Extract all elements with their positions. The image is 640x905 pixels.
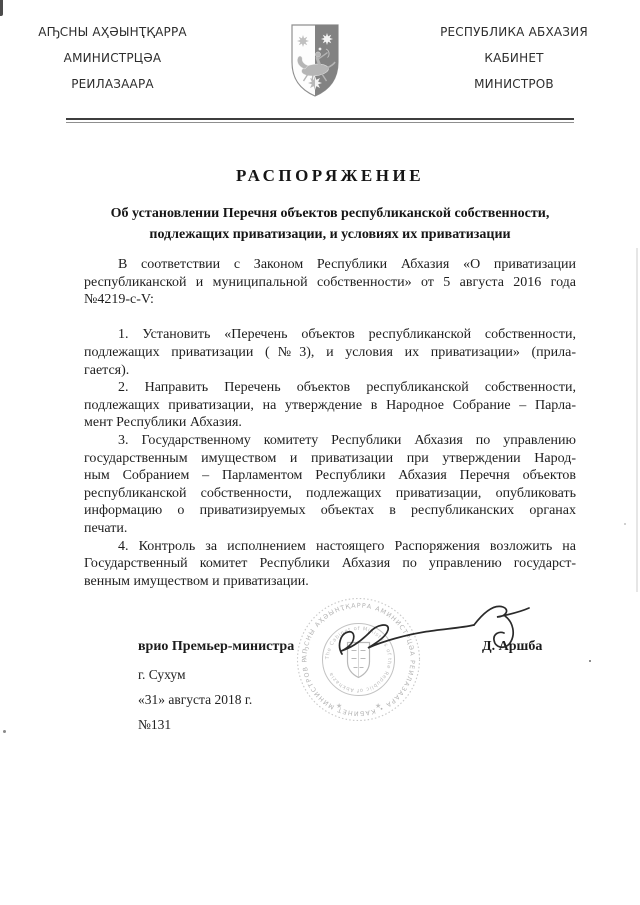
footer-number: №131 <box>138 712 252 737</box>
coat-of-arms-icon <box>289 22 341 98</box>
document-title: РАСПОРЯЖЕНИЕ <box>84 166 576 186</box>
scan-speck <box>624 523 626 525</box>
document-body: В соответствии с Законом Республики Абха… <box>84 256 576 590</box>
document-footer: г. Сухум «31» августа 2018 г. №131 <box>138 662 252 737</box>
item-2-paragraph: 2. Направить Перечень объектов республик… <box>84 379 576 432</box>
body-line: печати. <box>84 520 576 538</box>
document-page: АҦСНЫ АҲӘЫНҬҚАРРА АМИНИСТРЦӘА РЕИЛАЗААРА <box>0 0 640 905</box>
subtitle-line: Об установлении Перечня объектов республ… <box>74 204 586 225</box>
header-right-line: МИНИСТРОВ <box>428 71 600 97</box>
body-line: 4. Контроль за исполнением настоящего Ра… <box>84 538 576 556</box>
intro-paragraph: В соответствии с Законом Республики Абха… <box>84 256 576 309</box>
body-line: мент Республики Абхазия. <box>84 414 576 432</box>
scan-speck <box>3 730 6 733</box>
header-left-line: РЕИЛАЗААРА <box>30 71 195 97</box>
scan-artifact-corner <box>0 0 3 16</box>
body-line: 1. Установить «Перечень объектов республ… <box>84 326 576 344</box>
scan-artifact-edge-line <box>636 248 638 592</box>
header-left-line: АҦСНЫ АҲӘЫНҬҚАРРА <box>30 19 195 45</box>
header-right-russian: РЕСПУБЛИКА АБХАЗИЯ КАБИНЕТ МИНИСТРОВ <box>428 19 600 97</box>
subtitle-line: подлежащих приватизации, и условиях их п… <box>74 225 586 246</box>
body-line: гается). <box>84 362 576 380</box>
body-line: подлежащих приватизации (№3), и условия … <box>84 344 576 362</box>
body-line: 2. Направить Перечень объектов республик… <box>84 379 576 397</box>
header-right-line: РЕСПУБЛИКА АБХАЗИЯ <box>428 19 600 45</box>
body-line: №4219-с-V: <box>84 291 576 309</box>
body-line: 3. Государственному комитету Республики … <box>84 432 576 450</box>
document-subtitle: Об установлении Перечня объектов республ… <box>74 204 586 245</box>
header-right-line: КАБИНЕТ <box>428 45 600 71</box>
body-line: подлежащих приватизации, на утверждение … <box>84 397 576 415</box>
seal-star: ★ <box>336 702 342 710</box>
item-3-paragraph: 3. Государственному комитету Республики … <box>84 432 576 538</box>
body-line: информацию о приватизируемых объектах в … <box>84 502 576 520</box>
handwritten-signature-icon <box>332 598 537 660</box>
item-1-paragraph: 1. Установить «Перечень объектов республ… <box>84 326 576 379</box>
body-line: государственным имуществом и приватизаци… <box>84 450 576 468</box>
scan-speck <box>589 660 591 662</box>
body-line: Государственный комитет Республики Абхаз… <box>84 555 576 573</box>
signatory-post: врио Премьер-министра <box>138 639 294 655</box>
body-line: В соответствии с Законом Республики Абха… <box>84 256 576 274</box>
header-divider <box>66 118 574 123</box>
body-line: республиканской собственности, подлежащи… <box>84 485 576 503</box>
body-line: республиканской и муниципальной собствен… <box>84 274 576 292</box>
header-left-line: АМИНИСТРЦӘА <box>30 45 195 71</box>
footer-city: г. Сухум <box>138 662 252 687</box>
body-line: ным Собранием – Парламентом Республики А… <box>84 467 576 485</box>
header-left-abkhaz: АҦСНЫ АҲӘЫНҬҚАРРА АМИНИСТРЦӘА РЕИЛАЗААРА <box>30 19 195 97</box>
body-line: венным имуществом и приватизации. <box>84 573 576 591</box>
seal-star: ★ <box>375 702 381 710</box>
item-4-paragraph: 4. Контроль за исполнением настоящего Ра… <box>84 538 576 591</box>
footer-date: «31» августа 2018 г. <box>138 687 252 712</box>
